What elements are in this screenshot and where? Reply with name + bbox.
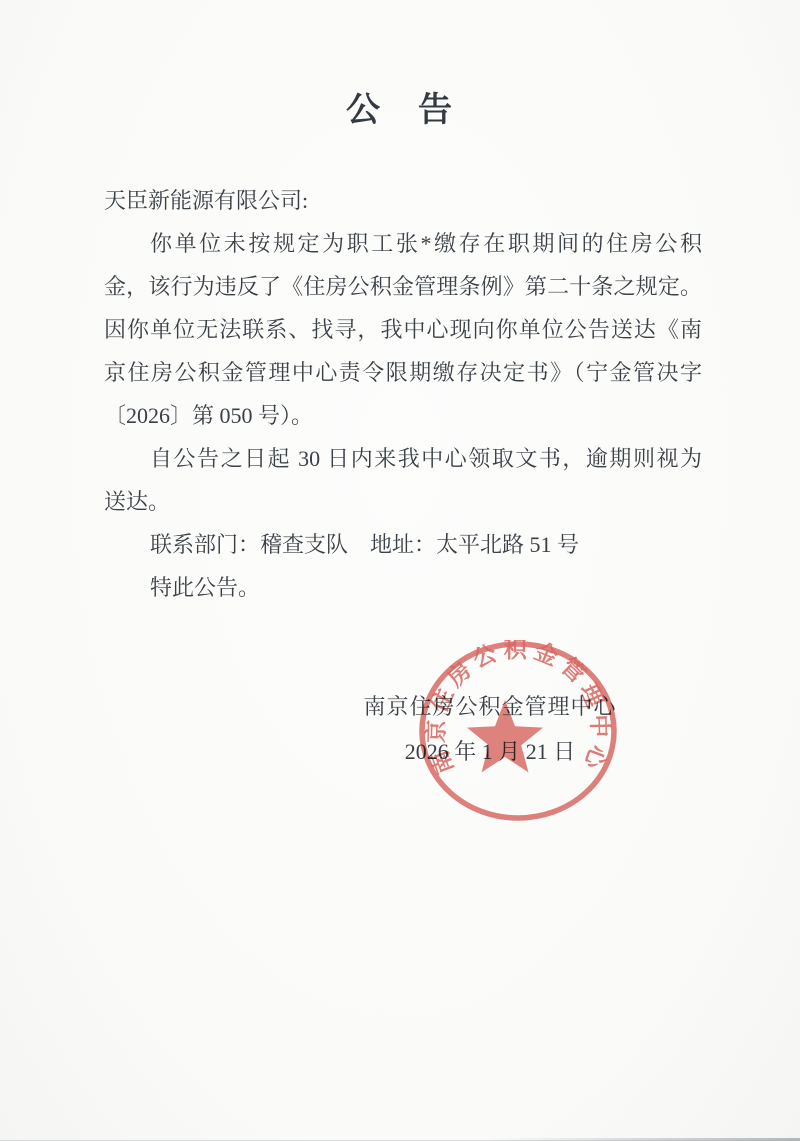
body-line-5: 〔2026〕第 050 号）。 [104,394,702,437]
document-title: 公 告 [0,90,800,131]
document-body: 天臣新能源有限公司: 你单位未按规定为职工张*缴存在职期间的住房公积 金，该行为… [104,179,702,609]
body-line-6: 自公告之日起 30 日内来我中心领取文书，逾期则视为 [104,437,702,480]
body-line-4: 京住房公积金管理中心责令限期缴存决定书》（宁金管决字 [104,351,702,394]
issuer-name: 南京住房公积金管理中心 [330,694,650,720]
body-line-2: 金，该行为违反了《住房公积金管理条例》第二十条之规定。 [104,265,702,308]
body-line-9: 特此公告。 [104,566,702,609]
signature-block: 南京住房公积金管理中心 2026 年 1 月 21 日 [330,694,650,765]
body-line-1: 你单位未按规定为职工张*缴存在职期间的住房公积 [104,222,702,265]
body-line-8: 联系部门：稽查支队 地址：太平北路 51 号 [104,523,702,566]
body-line-7: 送达。 [104,480,702,523]
issue-date: 2026 年 1 月 21 日 [330,739,650,765]
document-page: 公 告 天臣新能源有限公司: 你单位未按规定为职工张*缴存在职期间的住房公积 金… [0,0,800,1141]
body-line-3: 因你单位无法联系、找寻，我中心现向你单位公告送达《南 [104,308,702,351]
salutation: 天臣新能源有限公司: [104,179,702,222]
